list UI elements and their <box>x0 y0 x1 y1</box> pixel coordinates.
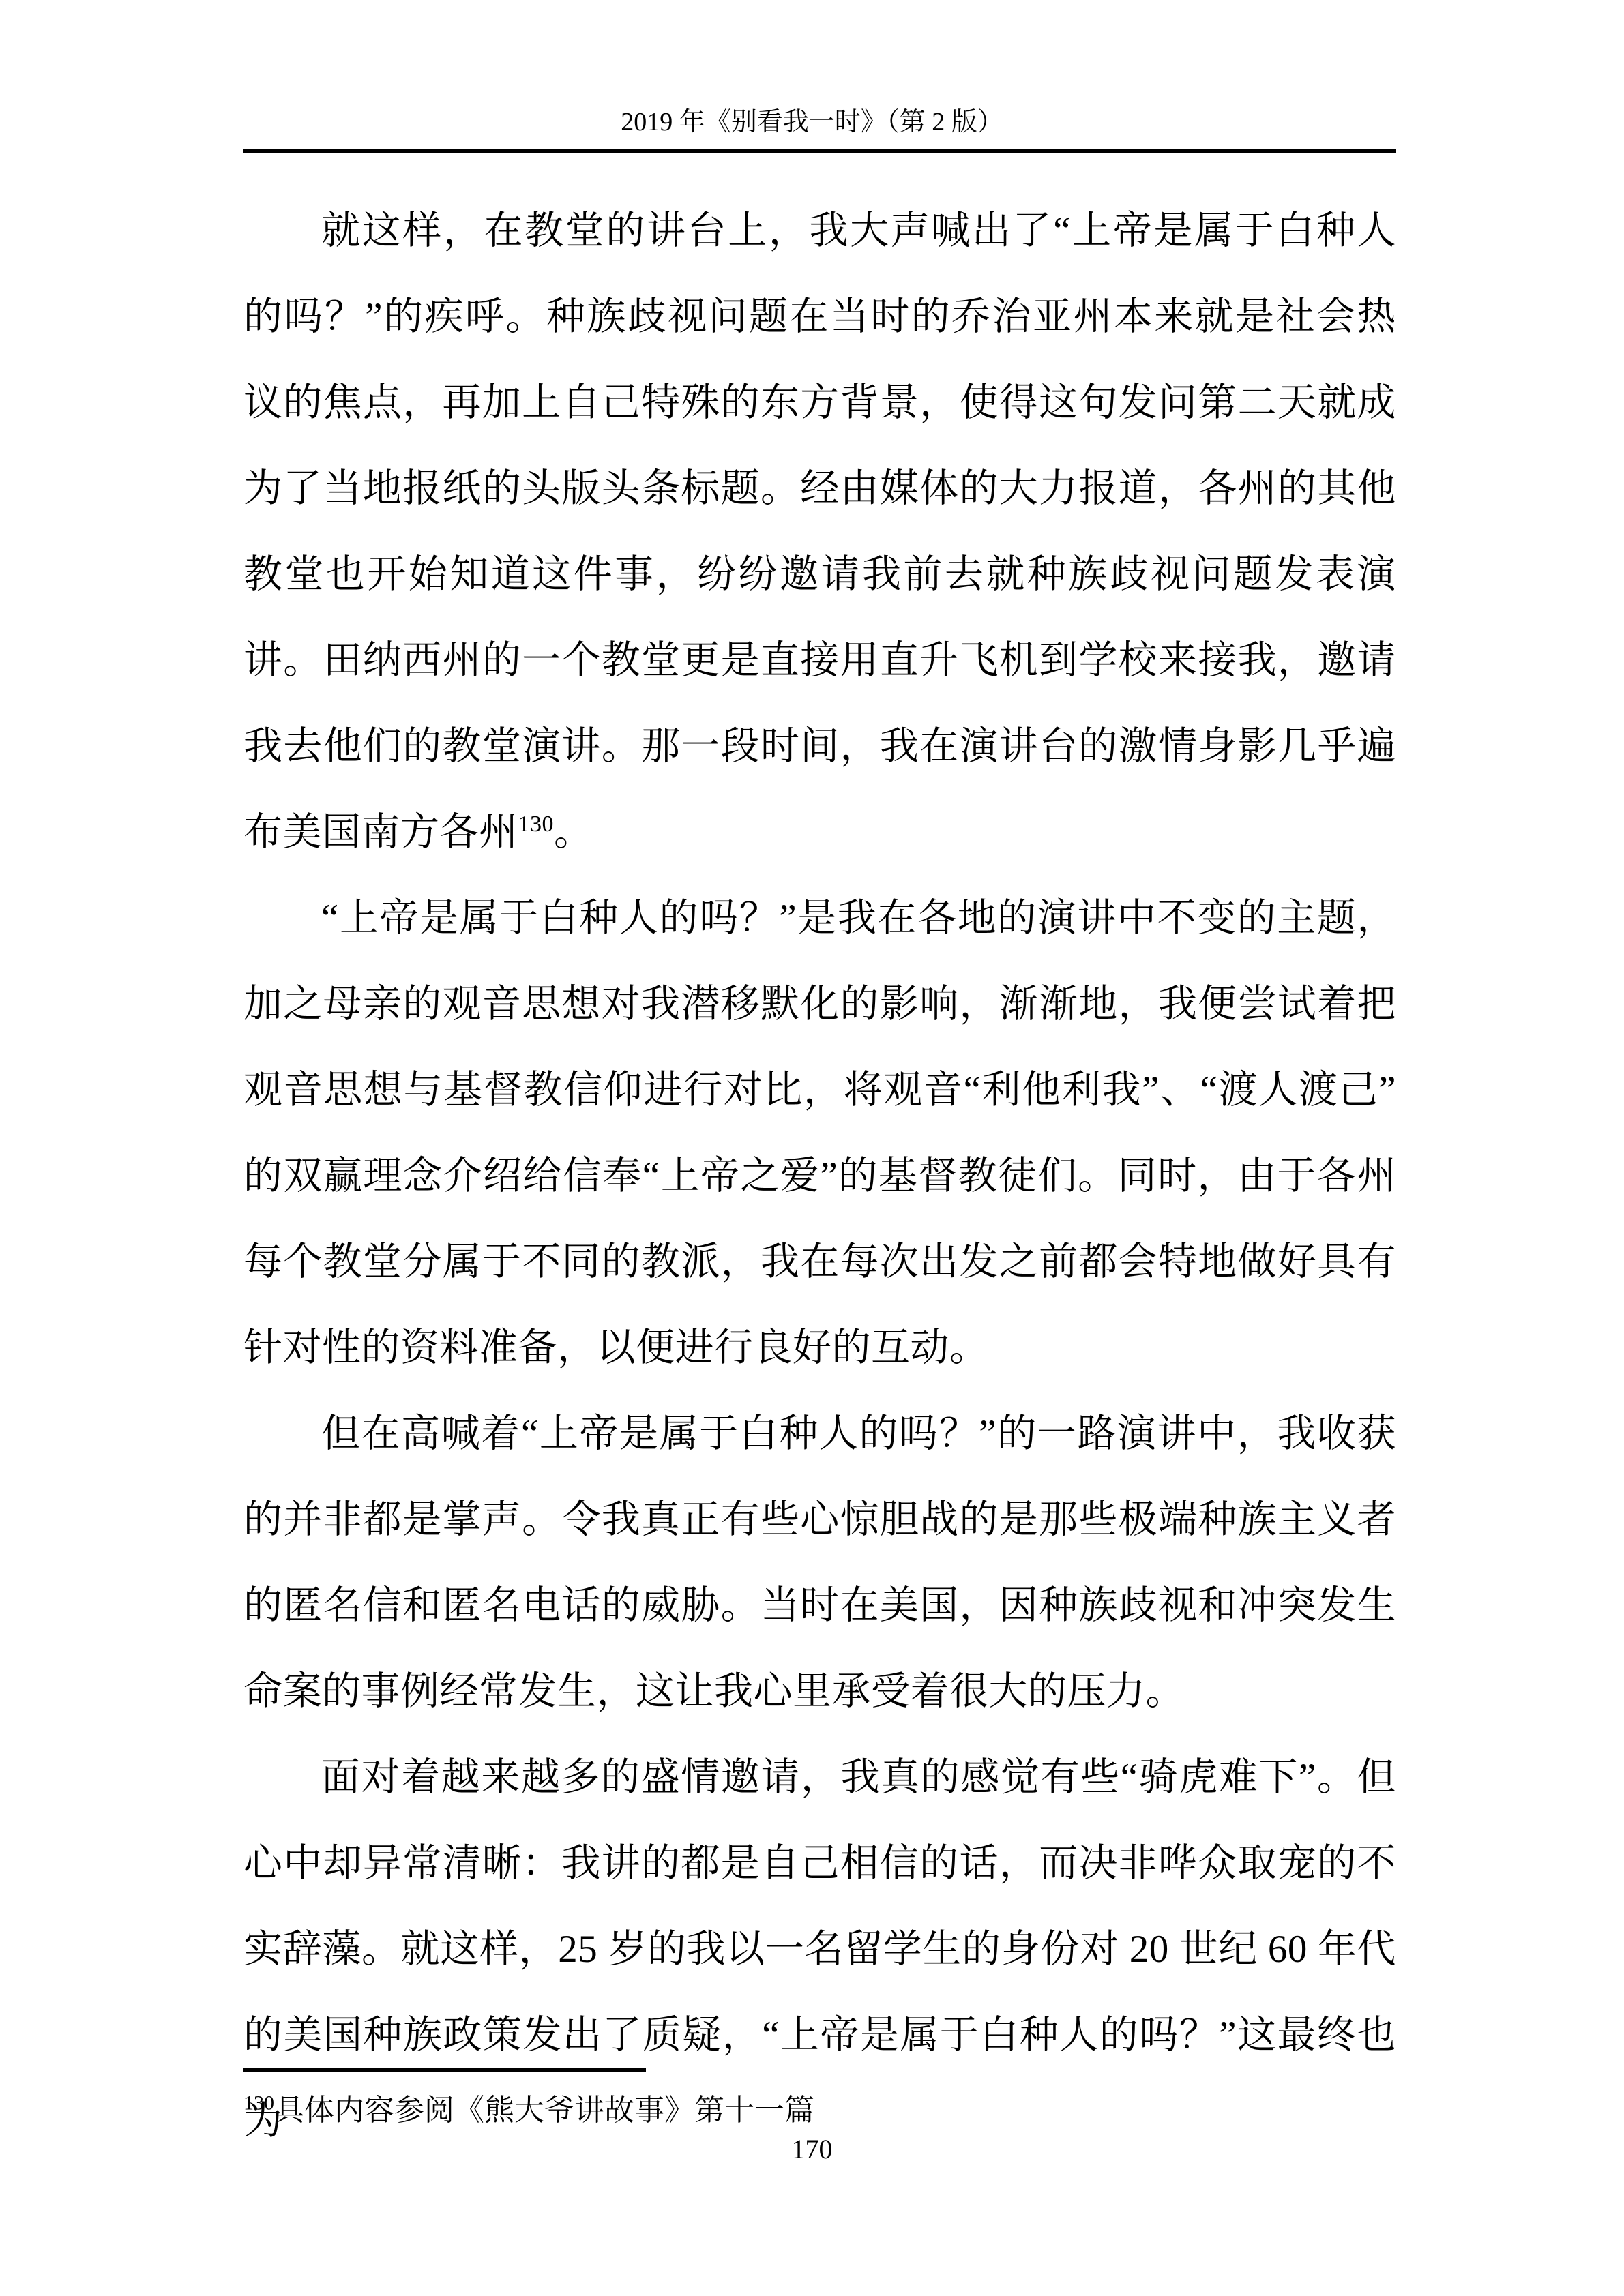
paragraph: 就这样，在教堂的讲台上，我大声喊出了“上帝是属于白种人的吗？”的疾呼。种族歧视问… <box>243 188 1396 876</box>
paragraph-text: 就这样，在教堂的讲台上，我大声喊出了“上帝是属于白种人的吗？”的疾呼。种族歧视问… <box>243 209 1396 854</box>
running-header: 2019 年《别看我一时》（第 2 版） <box>0 106 1624 139</box>
footnote-text: 具体内容参阅《熊大爷讲故事》第十一篇 <box>274 2093 814 2127</box>
footnote-separator <box>243 2068 646 2072</box>
document-page: 2019 年《别看我一时》（第 2 版） 就这样，在教堂的讲台上，我大声喊出了“… <box>0 0 1624 2296</box>
footnote-marker: 130 <box>243 2091 274 2114</box>
paragraph-text: 。 <box>554 811 593 854</box>
paragraph-text: 但在高喊着“上帝是属于白种人的吗？”的一路演讲中，我收获的并非都是掌声。令我真正… <box>243 1412 1396 1713</box>
page-number: 170 <box>0 2133 1624 2165</box>
header-rule <box>243 149 1396 153</box>
paragraph-text: “上帝是属于白种人的吗？”是我在各地的演讲中不变的主题，加之母亲的观音思想对我潜… <box>243 897 1396 1369</box>
paragraph: “上帝是属于白种人的吗？”是我在各地的演讲中不变的主题，加之母亲的观音思想对我潜… <box>243 876 1396 1391</box>
paragraph-text: 面对着越来越多的盛情邀请，我真的感觉有些“骑虎难下”。但心中却异常清晰：我讲的都… <box>243 1756 1396 2143</box>
paragraph: 但在高喊着“上帝是属于白种人的吗？”的一路演讲中，我收获的并非都是掌声。令我真正… <box>243 1391 1396 1735</box>
footnote: 130具体内容参阅《熊大爷讲故事》第十一篇 <box>243 2091 1396 2130</box>
body-text: 就这样，在教堂的讲台上，我大声喊出了“上帝是属于白种人的吗？”的疾呼。种族歧视问… <box>243 188 1396 2164</box>
footnote-ref: 130 <box>518 811 555 837</box>
